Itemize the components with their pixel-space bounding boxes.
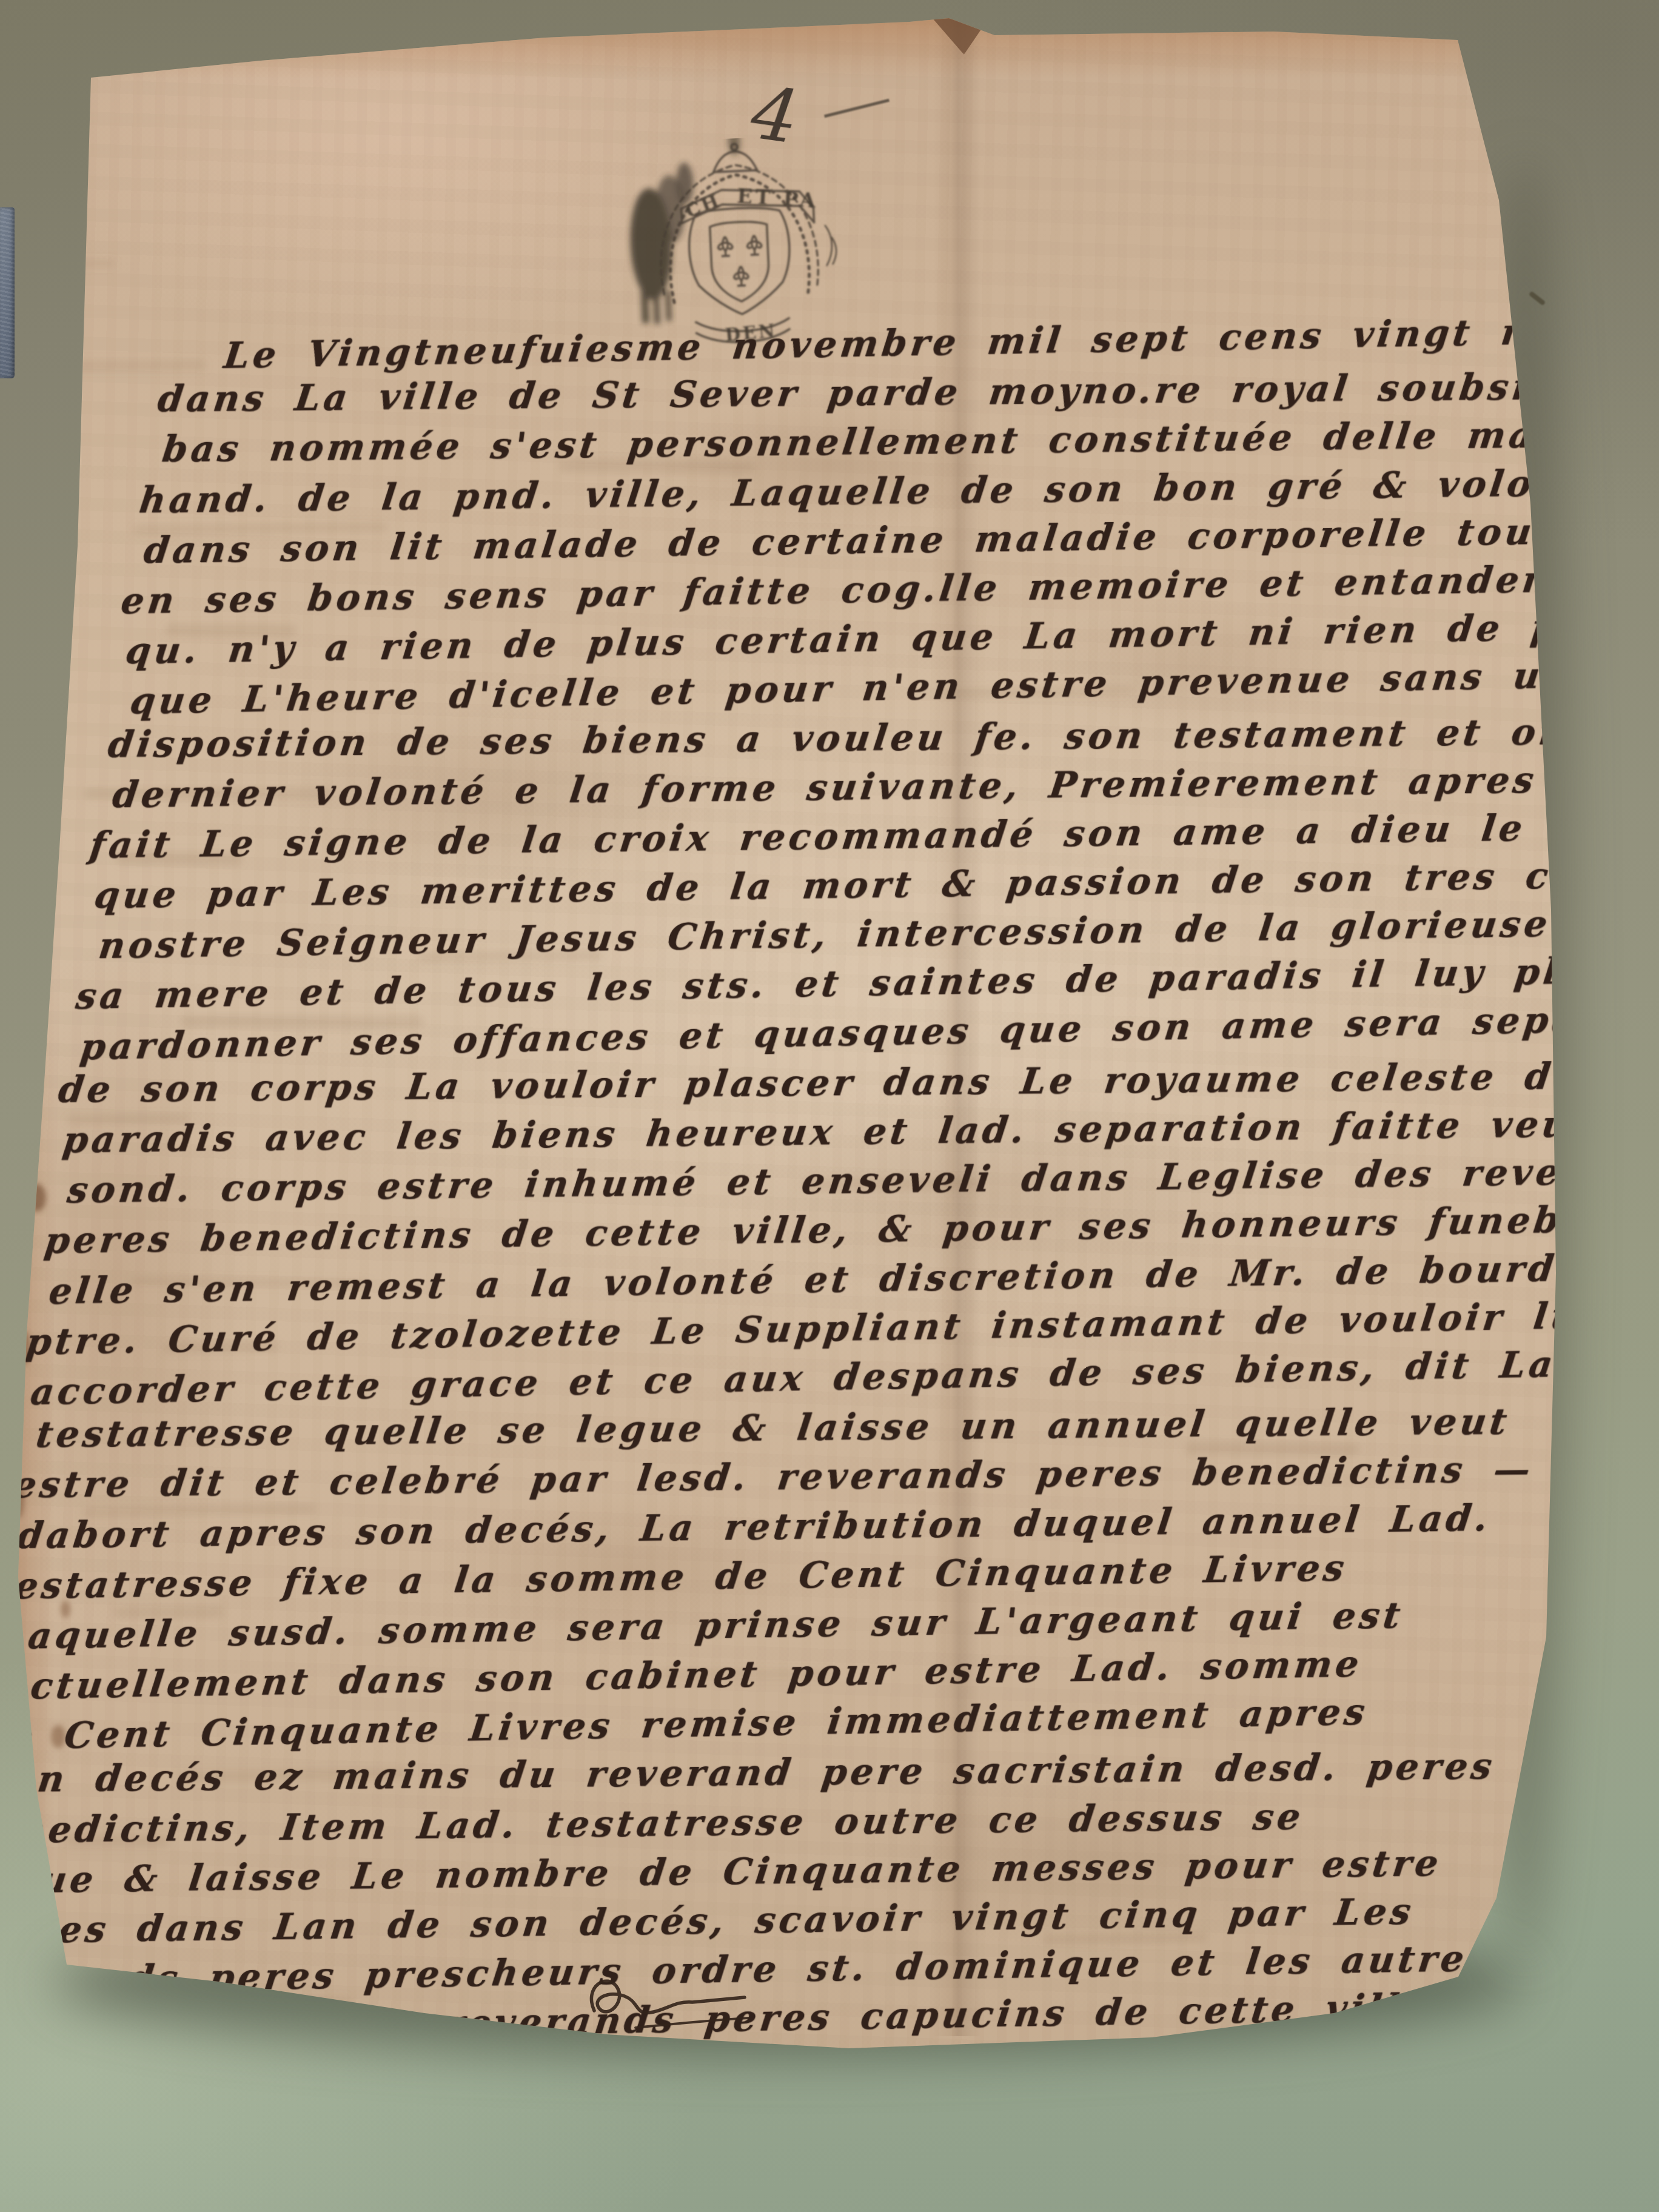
signature-flourish <box>563 1963 757 2042</box>
museum-photo-of-manuscript: 4 <box>0 0 1659 2212</box>
manuscript-page: 4 <box>0 0 1659 2212</box>
manuscript-text: Le Vingtneufuiesme novembre mil sept cen… <box>0 310 1569 2054</box>
stamp-fleurs <box>718 235 763 287</box>
stamp-banner-top-text: ET PA <box>737 184 819 212</box>
fabric-tab <box>0 207 15 378</box>
